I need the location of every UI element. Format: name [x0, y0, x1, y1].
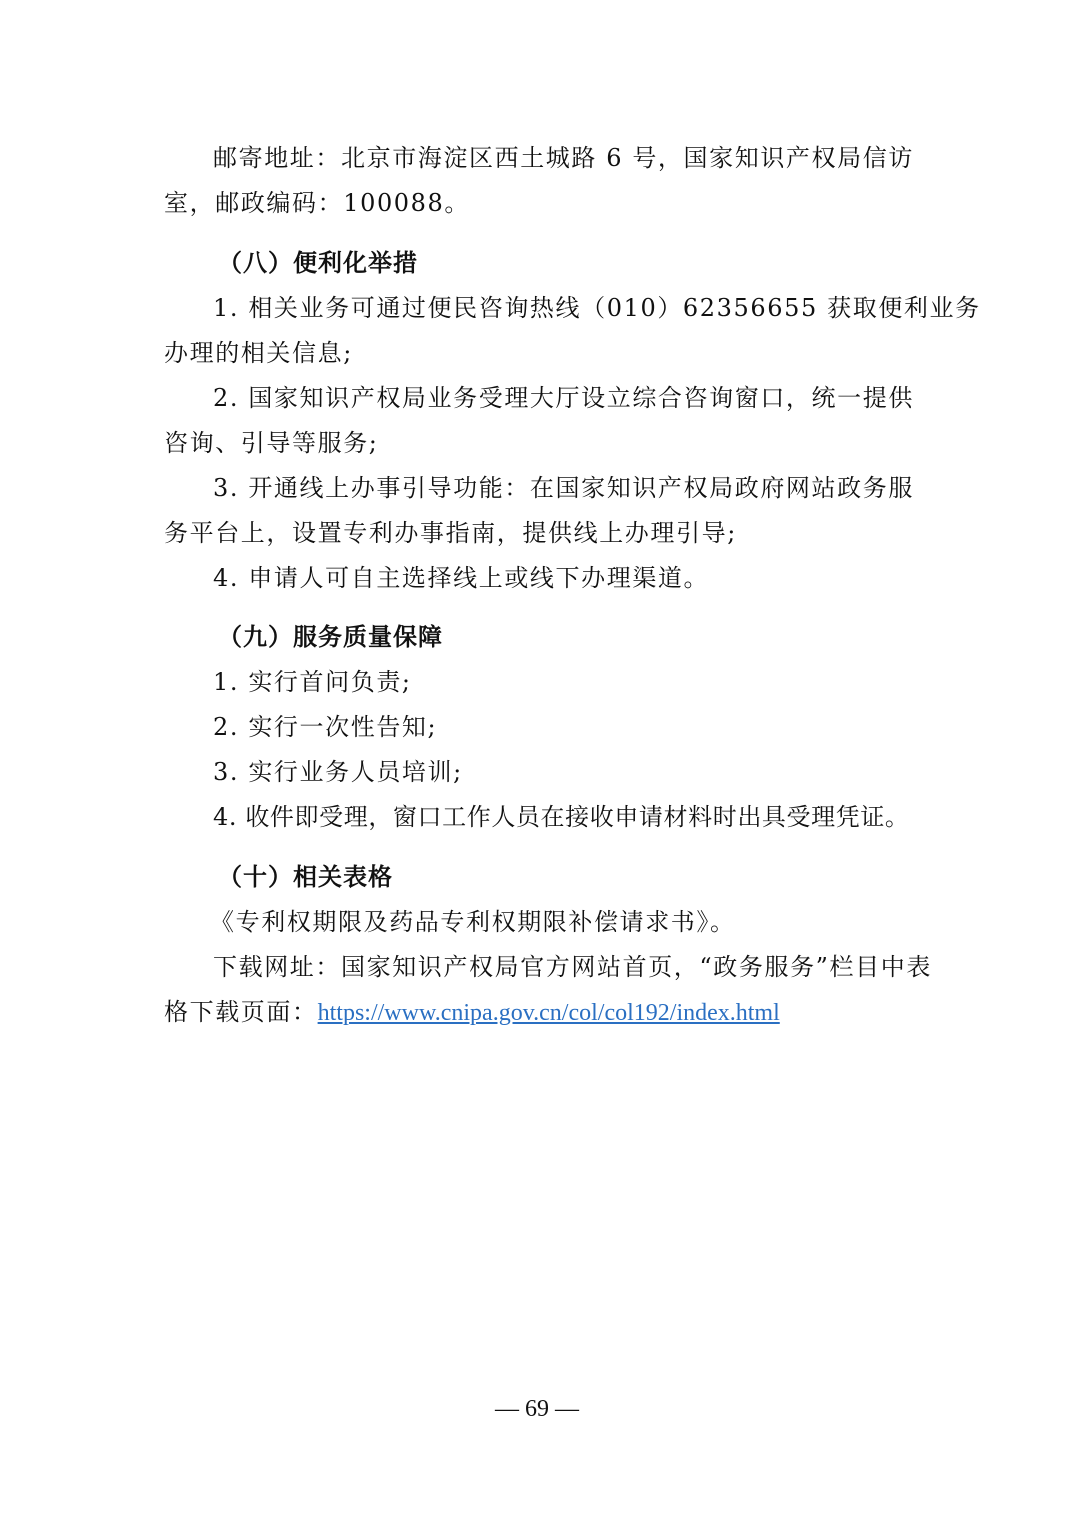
section-10-heading: （十）相关表格: [218, 862, 968, 892]
download-label: 格下载页面：: [164, 998, 318, 1026]
address-line-2: 室，邮政编码：100088。: [164, 188, 914, 218]
address-line-1: 邮寄地址：北京市海淀区西土城路 6 号，国家知识产权局信访: [213, 143, 913, 173]
section-8-heading: （八）便利化举措: [218, 248, 968, 278]
section-9-item-3: 3. 实行业务人员培训;: [213, 757, 963, 787]
section-8-item-4: 4. 申请人可自主选择线上或线下办理渠道。: [213, 563, 963, 593]
section-8-item-1-line-1: 1. 相关业务可通过便民咨询热线（010）62356655 获取便利业务: [213, 293, 913, 323]
form-name: 《专利权期限及药品专利权期限补偿请求书》。: [210, 907, 960, 937]
page-number: — 69 —: [0, 1396, 1074, 1423]
section-9-heading: （九）服务质量保障: [218, 622, 968, 652]
section-8-item-3-line-1: 3. 开通线上办事引导功能：在国家知识产权局政府网站政务服: [213, 473, 913, 503]
download-link[interactable]: https://www.cnipa.gov.cn/col/col192/inde…: [318, 1000, 780, 1026]
section-8-item-1-line-2: 办理的相关信息;: [164, 338, 914, 368]
section-9-item-4: 4. 收件即受理，窗口工作人员在接收申请材料时出具受理凭证。: [213, 802, 963, 832]
section-8-item-2-line-2: 咨询、引导等服务;: [164, 428, 914, 458]
section-8-item-2-line-1: 2. 国家知识产权局业务受理大厅设立综合咨询窗口，统一提供: [213, 383, 913, 413]
section-8-item-3-line-2: 务平台上，设置专利办事指南，提供线上办理引导;: [164, 518, 914, 548]
section-9-item-1: 1. 实行首问负责;: [213, 667, 963, 697]
section-9-item-2: 2. 实行一次性告知;: [213, 712, 963, 742]
download-line-2: 格下载页面：https://www.cnipa.gov.cn/col/col19…: [164, 997, 914, 1028]
download-line-1: 下载网址：国家知识产权局官方网站首页，“政务服务”栏目中表: [213, 952, 913, 982]
